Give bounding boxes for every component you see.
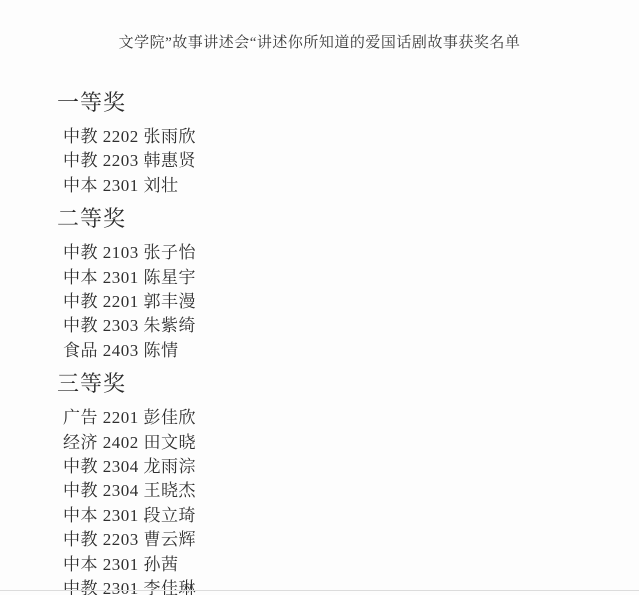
winner-row: 经济 2402 田文晓 (63, 431, 639, 455)
winner-row: 中教 2103 张子怡 (63, 241, 639, 265)
winner-row: 食品 2403 陈情 (63, 339, 639, 363)
winner-row: 中本 2301 刘壮 (63, 174, 639, 198)
winner-row: 中本 2301 陈星宇 (63, 266, 639, 290)
winner-row: 中教 2203 韩惠贤 (63, 149, 639, 173)
winner-row: 中教 2201 郭丰漫 (63, 290, 639, 314)
award-document-page: 文学院”故事讲述会“讲述你所知道的爱国话剧故事获奖名单 一等奖 中教 2202 … (0, 0, 639, 595)
third-prize-winner-list: 广告 2201 彭佳欣 经济 2402 田文晓 中教 2304 龙雨淙 中教 2… (63, 406, 639, 595)
third-prize-heading: 三等奖 (57, 369, 639, 399)
document-title: 文学院”故事讲述会“讲述你所知道的爱国话剧故事获奖名单 (0, 0, 639, 54)
first-prize-winner-list: 中教 2202 张雨欣 中教 2203 韩惠贤 中本 2301 刘壮 (63, 125, 639, 198)
section-first-prize: 一等奖 中教 2202 张雨欣 中教 2203 韩惠贤 中本 2301 刘壮 (0, 88, 639, 198)
winner-row: 中教 2304 龙雨淙 (63, 455, 639, 479)
winner-row: 广告 2201 彭佳欣 (63, 406, 639, 430)
winner-row: 中教 2304 王晓杰 (63, 479, 639, 503)
section-second-prize: 二等奖 中教 2103 张子怡 中本 2301 陈星宇 中教 2201 郭丰漫 … (0, 204, 639, 363)
photo-edge-line (0, 590, 639, 591)
second-prize-winner-list: 中教 2103 张子怡 中本 2301 陈星宇 中教 2201 郭丰漫 中教 2… (63, 241, 639, 363)
winner-row: 中教 2303 朱紫绮 (63, 314, 639, 338)
winner-row: 中教 2203 曹云辉 (63, 528, 639, 552)
winner-row: 中教 2301 李佳琳 (63, 577, 639, 595)
first-prize-heading: 一等奖 (57, 88, 639, 118)
winner-row: 中本 2301 孙茜 (63, 553, 639, 577)
winner-row: 中教 2202 张雨欣 (63, 125, 639, 149)
second-prize-heading: 二等奖 (57, 204, 639, 234)
section-third-prize: 三等奖 广告 2201 彭佳欣 经济 2402 田文晓 中教 2304 龙雨淙 … (0, 369, 639, 595)
winner-row: 中本 2301 段立琦 (63, 504, 639, 528)
